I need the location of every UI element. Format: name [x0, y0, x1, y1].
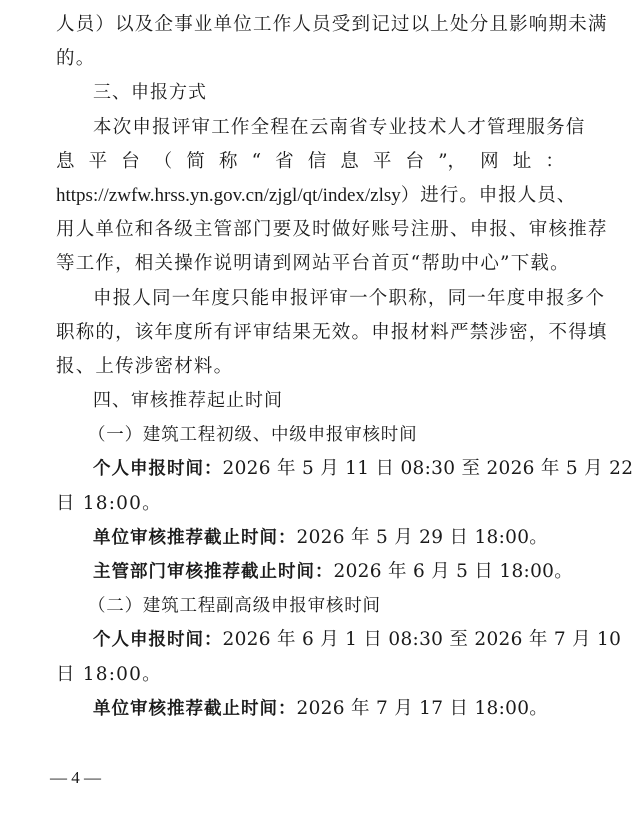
text-char: 台	[405, 145, 424, 179]
text-line: 职称的，该年度所有评审结果无效。申报材料严禁涉密，不得填	[56, 316, 564, 350]
text-line: 的。	[56, 42, 564, 76]
text-line: 日 18:00。	[56, 487, 564, 521]
subsection-title: （一）建筑工程初级、中级申报审核时间	[56, 418, 564, 452]
text-line: 等工作，相关操作说明请到网站平台首页“帮助中心”下载。	[56, 247, 564, 281]
field-value: 2026 年 7 月 17 日 18:00。	[297, 698, 549, 719]
text-line: 单位审核推荐截止时间：2026 年 7 月 17 日 18:00。	[56, 692, 564, 726]
text-line-justified: 息平台（简称“省信息平台”，网址：	[56, 145, 564, 179]
text-char: 平	[89, 145, 108, 179]
field-value: 2026 年 6 月 5 日 18:00。	[334, 561, 574, 582]
text-char: 息	[340, 145, 359, 179]
text-char: ：	[545, 145, 564, 179]
text-line: 人员）以及企事业单位工作人员受到记过以上处分且影响期未满	[56, 8, 564, 42]
text-line: 申报人同一年度只能申报评审一个职称，同一年度申报多个	[56, 282, 564, 316]
text-char: 称	[219, 145, 238, 179]
text-line: 主管部门审核推荐截止时间：2026 年 6 月 5 日 18:00。	[56, 555, 564, 589]
platform-url-link[interactable]: https://zwfw.hrss.yn.gov.cn/zjgl/qt/inde…	[56, 185, 401, 206]
field-value: 2026 年 5 月 29 日 18:00。	[297, 527, 549, 548]
document-page: 人员）以及企事业单位工作人员受到记过以上处分且影响期未满 的。 三、申报方式 本…	[56, 8, 564, 726]
text-char: 省	[275, 145, 294, 179]
text-char: 址	[513, 145, 532, 179]
text-line: 本次申报评审工作全程在云南省专业技术人才管理服务信	[56, 111, 564, 145]
page-number: — 4 —	[50, 768, 101, 788]
field-value: 2026 年 6 月 1 日 08:30 至 2026 年 7 月 10	[223, 629, 622, 650]
text-line: 用人单位和各级主管部门要及时做好账号注册、申报、审核推荐	[56, 213, 564, 247]
text-line: 报、上传涉密材料。	[56, 350, 564, 384]
field-label: 个人申报时间：	[93, 630, 223, 650]
text-char: 网	[480, 145, 499, 179]
field-value: 2026 年 5 月 11 日 08:30 至 2026 年 5 月 22	[223, 458, 634, 479]
text-char: 信	[308, 145, 327, 179]
text-line: 个人申报时间：2026 年 5 月 11 日 08:30 至 2026 年 5 …	[56, 452, 564, 486]
field-label: 个人申报时间：	[93, 459, 223, 479]
text-char: 息	[56, 145, 75, 179]
text-line: 个人申报时间：2026 年 6 月 1 日 08:30 至 2026 年 7 月…	[56, 623, 564, 657]
text-char: 平	[373, 145, 392, 179]
text-line: 单位审核推荐截止时间：2026 年 5 月 29 日 18:00。	[56, 521, 564, 555]
field-label: 单位审核推荐截止时间：	[93, 699, 297, 719]
text-char: ”，	[438, 145, 466, 179]
subsection-title: （二）建筑工程副高级申报审核时间	[56, 589, 564, 623]
field-label: 单位审核推荐截止时间：	[93, 528, 297, 548]
field-label: 主管部门审核推荐截止时间：	[93, 562, 334, 582]
section-heading: 四、审核推荐起止时间	[56, 384, 564, 418]
text-line: 日 18:00。	[56, 658, 564, 692]
text-char: （	[154, 145, 173, 179]
text-char: “	[252, 145, 261, 179]
text-char: 简	[186, 145, 205, 179]
section-heading: 三、申报方式	[56, 76, 564, 110]
text-line: https://zwfw.hrss.yn.gov.cn/zjgl/qt/inde…	[56, 179, 564, 213]
text-fragment: ）进行。申报人员、	[401, 185, 577, 206]
text-char: 台	[121, 145, 140, 179]
